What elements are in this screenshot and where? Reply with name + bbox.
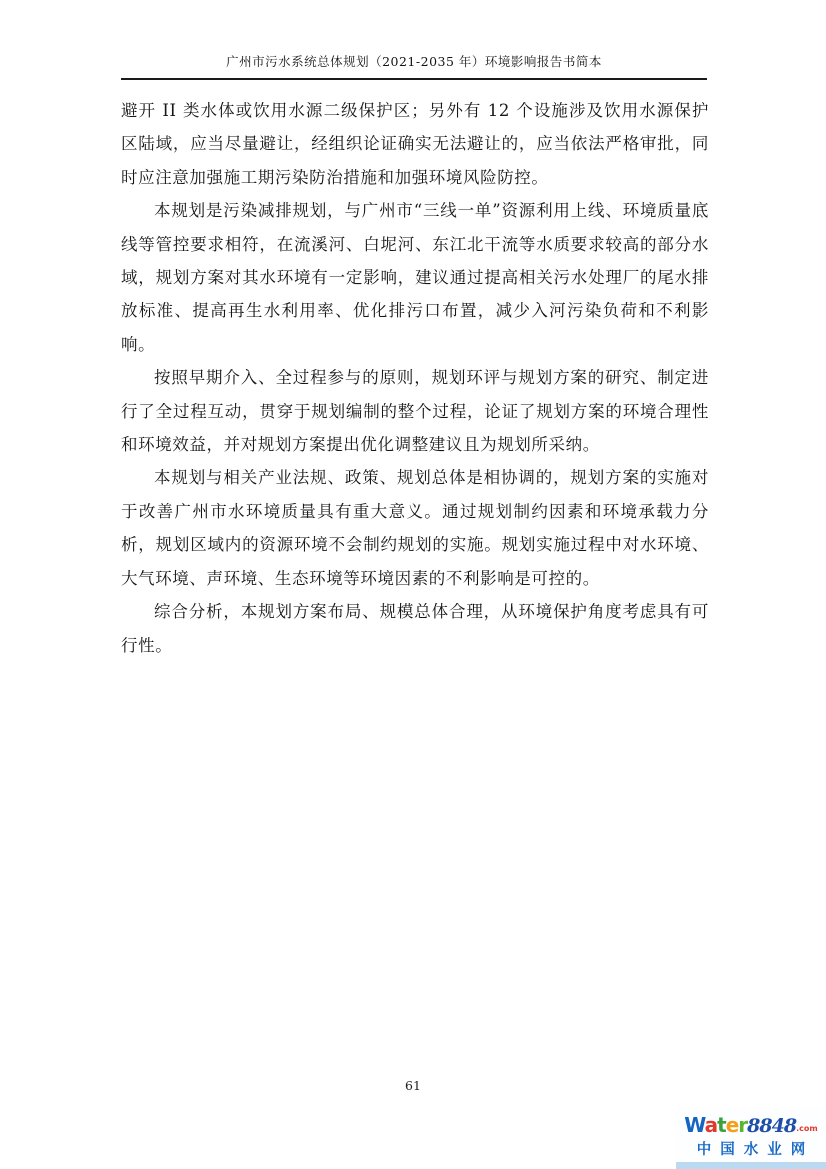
logo-number: 8848	[747, 1115, 796, 1137]
page-number: 61	[0, 1078, 826, 1093]
logo-letter-w: W	[684, 1113, 704, 1137]
document-page: 广州市污水系统总体规划（2021-2035 年）环境影响报告书简本 避开 II …	[0, 0, 826, 1169]
logo-underline-bar	[676, 1162, 826, 1169]
document-body: 避开 II 类水体或饮用水源二级保护区；另外有 12 个设施涉及饮用水源保护区陆…	[121, 94, 709, 662]
logo-wordmark: Water8848.com	[676, 1114, 826, 1140]
logo-letter-e: e	[726, 1113, 739, 1137]
page-header-title: 广州市污水系统总体规划（2021-2035 年）环境影响报告书简本	[226, 54, 602, 69]
logo-letter-r: r	[738, 1113, 747, 1137]
page-header: 广州市污水系统总体规划（2021-2035 年）环境影响报告书简本	[121, 52, 707, 80]
logo-letter-a: a	[705, 1113, 718, 1137]
water8848-logo[interactable]: Water8848.com 中国水业网	[676, 1108, 826, 1169]
logo-letter-t: t	[717, 1113, 726, 1137]
paragraph-1: 避开 II 类水体或饮用水源二级保护区；另外有 12 个设施涉及饮用水源保护区陆…	[121, 94, 709, 194]
paragraph-2: 本规划是污染减排规划，与广州市“三线一单”资源利用上线、环境质量底线等管控要求相…	[121, 194, 709, 361]
logo-subtitle: 中国水业网	[676, 1141, 826, 1159]
paragraph-5: 综合分析，本规划方案布局、规模总体合理，从环境保护角度考虑具有可行性。	[121, 595, 709, 662]
logo-tld: .com	[796, 1124, 818, 1133]
paragraph-4: 本规划与相关产业法规、政策、规划总体是相协调的，规划方案的实施对于改善广州市水环…	[121, 461, 709, 595]
paragraph-3: 按照早期介入、全过程参与的原则，规划环评与规划方案的研究、制定进行了全过程互动，…	[121, 361, 709, 461]
